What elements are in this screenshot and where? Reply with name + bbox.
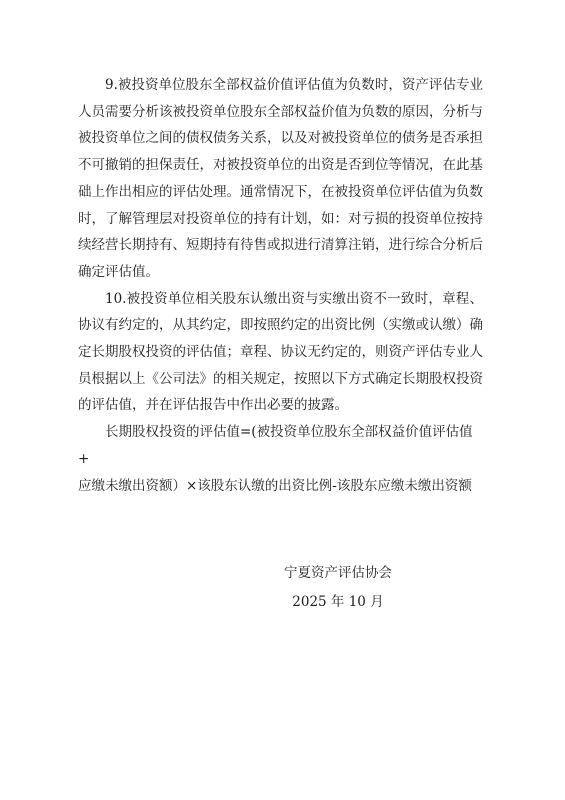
text-line-item-9-4: 不可撤销的担保责任，对被投资单位的出资是否到位等情况，在此基	[78, 152, 483, 179]
text-line-item-9-6: 时，了解管理层对投资单位的持有计划，如：对亏损的投资单位按持	[78, 206, 483, 233]
document-body: 9.被投资单位股东全部权益价值评估值为负数时，资产评估专业人员需要分析该被投资单…	[78, 72, 483, 499]
text-line-item-10-2: 协议有约定的，从其约定，即按照约定的出资比例（实缴或认缴）确	[78, 312, 483, 339]
text-line-item-9-5: 础上作出相应的评估处理。通常情况下，在被投资单位评估值为负数	[78, 179, 483, 206]
text-line-item-10-4: 员根据以上《公司法》的相关规定，按照以下方式确定长期股权投资	[78, 366, 483, 393]
text-line-item-9-3: 被投资单位之间的债权债务关系，以及对被投资单位的债务是否承担	[78, 125, 483, 152]
text-line-formula-1: 长期股权投资的评估值=(被投资单位股东全部权益价值评估值+	[78, 419, 483, 472]
document-page: 9.被投资单位股东全部权益价值评估值为负数时，资产评估专业人员需要分析该被投资单…	[0, 0, 565, 800]
text-line-item-10-3: 定长期股权投资的评估值；章程、协议无约定的，则资产评估专业人	[78, 339, 483, 366]
signature-date: 2025 年 10 月	[238, 588, 438, 617]
text-line-item-9-2: 人员需要分析该被投资单位股东全部权益价值为负数的原因，分析与	[78, 99, 483, 126]
text-line-item-9-1: 9.被投资单位股东全部权益价值评估值为负数时，资产评估专业	[78, 72, 483, 99]
text-line-item-9-7: 续经营长期持有、短期持有待售或拟进行清算注销，进行综合分析后	[78, 232, 483, 259]
signature-block: 宁夏资产评估协会 2025 年 10 月	[238, 559, 438, 617]
text-line-item-10-5: 的评估值，并在评估报告中作出必要的披露。	[78, 392, 483, 419]
text-line-item-9-8: 确定评估值。	[78, 259, 483, 286]
text-line-item-10-1: 10.被投资单位相关股东认缴出资与实缴出资不一致时，章程、	[78, 286, 483, 313]
text-line-formula-2: 应缴未缴出资额）×该股东认缴的出资比例-该股东应缴未缴出资额	[78, 473, 483, 500]
signature-organization: 宁夏资产评估协会	[238, 559, 438, 588]
